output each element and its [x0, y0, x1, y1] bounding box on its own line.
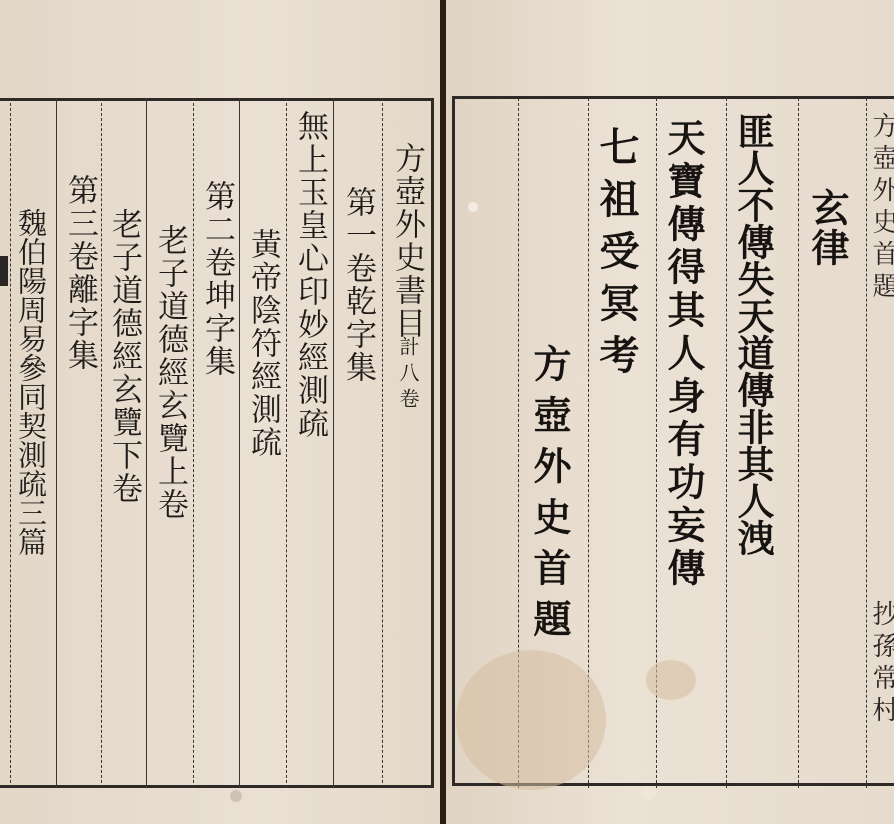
preface-line: 匪人不傳失天道傳非其人洩: [734, 112, 771, 556]
right-page: 玄律 匪人不傳失天道傳非其人洩 天寶傳得其人身有功妄傳 七祖受冥考 方壺外史首題…: [446, 0, 894, 824]
column-rule: [146, 98, 147, 788]
open-book: 方壺外史書目 計八卷 第一卷乾字集 無上玉皇心印妙經測疏 黃帝陰符經測疏 第二卷…: [0, 0, 894, 824]
column-rule: [382, 98, 383, 788]
column-rule: [101, 98, 102, 788]
column-rule: [866, 98, 867, 788]
preface-line: 七祖受冥考: [596, 126, 636, 386]
next-page-edge-text: 抄孫常村: [870, 600, 894, 728]
water-stain: [456, 650, 606, 790]
preface-line: 天寶傳得其人身有功妄傳: [664, 118, 702, 591]
preface-heading: 玄律: [808, 188, 846, 268]
water-stain: [646, 660, 696, 700]
volume-heading-3: 第三卷離字集: [64, 174, 95, 372]
volume-heading-1: 第一卷乾字集: [342, 186, 373, 384]
column-rule: [10, 98, 11, 788]
catalog-entry: 魏伯陽周易參同契測疏三篇: [16, 208, 45, 556]
catalog-entry: 無上玉皇心印妙經測疏: [294, 110, 325, 440]
volume-heading-2: 第二卷坤字集: [201, 180, 232, 378]
paper-hole: [641, 786, 657, 800]
catalog-entry: 老子道德經玄覽下卷: [108, 208, 139, 505]
column-rule: [286, 98, 287, 788]
column-rule: [726, 98, 727, 788]
paper-hole: [230, 790, 242, 802]
fishtail-mark: [0, 256, 8, 286]
column-rule: [333, 98, 334, 788]
catalog-title: 方壺外史書目: [391, 142, 422, 340]
catalog-entry: 老子道德經玄覽上卷: [154, 224, 185, 521]
preface-signature: 方壺外史首題: [530, 344, 568, 650]
paper-hole: [468, 202, 478, 212]
next-page-edge-text: 方壺外史首題: [870, 112, 894, 304]
catalog-title-note: 計八卷: [398, 336, 418, 414]
column-rule: [56, 98, 57, 788]
catalog-entry: 黃帝陰符經測疏: [247, 228, 278, 459]
column-rule: [193, 98, 194, 788]
column-rule: [798, 98, 799, 788]
left-page: 方壺外史書目 計八卷 第一卷乾字集 無上玉皇心印妙經測疏 黃帝陰符經測疏 第二卷…: [0, 0, 440, 824]
column-rule: [239, 98, 240, 788]
